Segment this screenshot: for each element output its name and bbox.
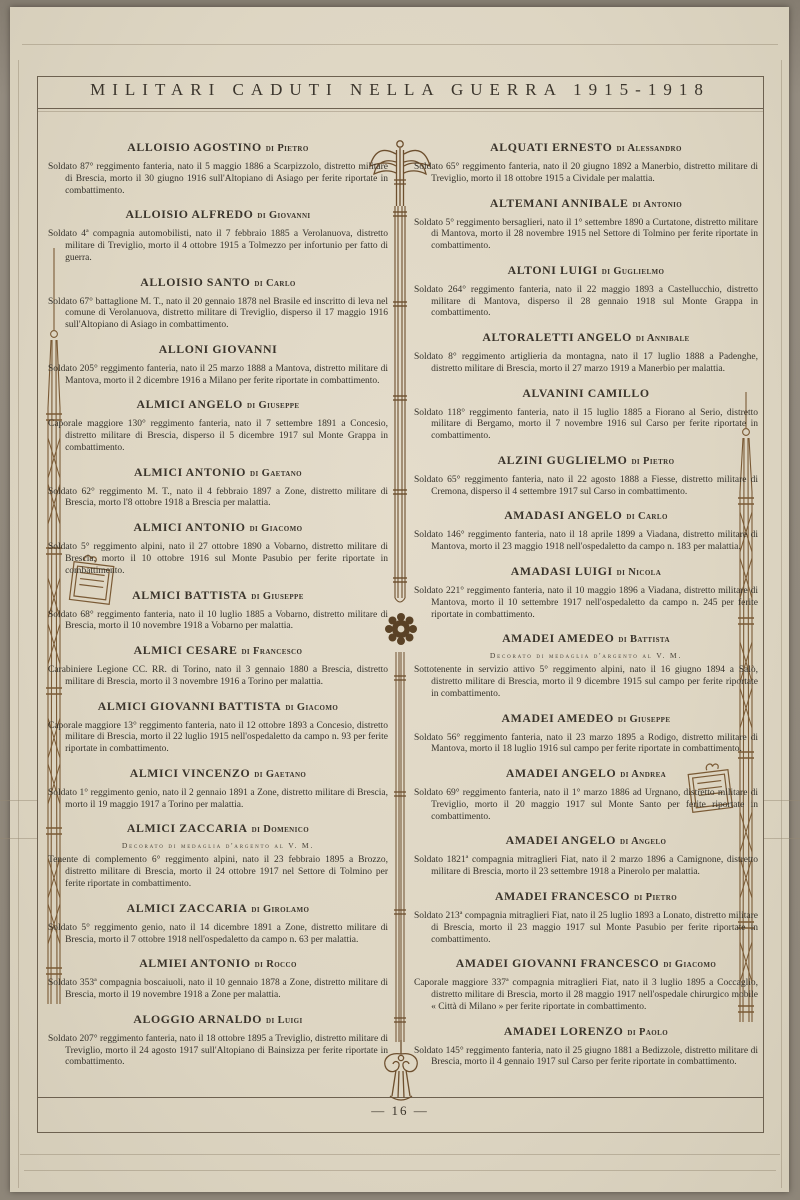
entry-soldier-name: ALMICI ZACCARIA <box>127 821 248 835</box>
entry-heading: AMADEI ANGELO di Angelo <box>414 831 758 849</box>
entry: ALTEMANI ANNIBALE di Antonio Soldato 5° … <box>414 194 758 253</box>
entry: ALLOISIO SANTO di Carlo Soldato 67° batt… <box>48 273 388 332</box>
entry-soldier-name: ALTONI LUIGI <box>508 263 598 277</box>
left-column: ALLOISIO AGOSTINO di Pietro Soldato 87° … <box>48 130 388 1077</box>
entry-body-text: Soldato 146° reggimento fanteria, nato i… <box>414 530 758 554</box>
entry-father-name: di Giovanni <box>257 210 310 221</box>
entry-father-name: di Angelo <box>620 836 666 847</box>
entry: ALVANINI CAMILLO Soldato 118° reggimento… <box>414 384 758 443</box>
entry-body-text: Sottotenente in servizio attivo 5° reggi… <box>414 665 758 700</box>
center-lower-shaft <box>392 652 408 1042</box>
entry-heading: ALZINI GUGLIELMO di Pietro <box>414 451 758 469</box>
entry-body-text: Soldato 353ª compagnia boscaiuoli, nato … <box>48 978 388 1002</box>
entry: ALOGGIO ARNALDO di Luigi Soldato 207° re… <box>48 1010 388 1069</box>
entry-father-name: di Francesco <box>241 646 302 657</box>
entry-soldier-name: ALLOISIO SANTO <box>140 275 250 289</box>
entry-father-name: di Girolamo <box>251 904 309 915</box>
entry-father-name: di Giuseppe <box>618 714 671 725</box>
entry-soldier-name: ALMICI CESARE <box>134 643 238 657</box>
entry-body-text: Soldato 68° reggimento fanteria, nato il… <box>48 610 388 634</box>
entry-father-name: di Pietro <box>634 892 677 903</box>
entry-body-text: Soldato 205° reggimento fanteria, nato i… <box>48 364 388 388</box>
entry-father-name: di Guglielmo <box>602 266 665 277</box>
entry: AMADASI LUIGI di Nicola Soldato 221° reg… <box>414 562 758 621</box>
entry-heading: ALMICI CESARE di Francesco <box>48 641 388 659</box>
paper-right-edge <box>781 60 782 1188</box>
entry-father-name: di Pietro <box>631 456 674 467</box>
entry-heading: AMADEI FRANCESCO di Pietro <box>414 887 758 905</box>
entry-soldier-name: ALVANINI CAMILLO <box>522 386 649 400</box>
entry-soldier-name: ALMICI GIOVANNI BATTISTA <box>98 699 282 713</box>
entry-body-text: Soldato 221° reggimento fanteria, nato i… <box>414 586 758 621</box>
entry-soldier-name: AMADEI AMEDEO <box>502 711 614 725</box>
entry: ALMICI ANTONIO di Giacomo Soldato 5° reg… <box>48 518 388 577</box>
entry-body-text: Soldato 4ª compagnia automobilisti, nato… <box>48 229 388 264</box>
page-number: — 16 — <box>0 1103 800 1119</box>
entry-soldier-name: ALLOISIO ALFREDO <box>125 207 253 221</box>
entry-father-name: di Gaetano <box>254 769 306 780</box>
entry-soldier-name: ALMICI ZACCARIA <box>127 901 248 915</box>
entry-father-name: di Gaetano <box>250 468 302 479</box>
left-ribbon-rule-1 <box>0 800 37 801</box>
entry-soldier-name: ALQUATI ERNESTO <box>490 140 612 154</box>
entry-body-text: Soldato 118° reggimento fanteria, nato i… <box>414 408 758 443</box>
entry-body-text: Soldato 5° reggimento alpini, nato il 27… <box>48 542 388 577</box>
entry-father-name: di Giacomo <box>250 523 303 534</box>
entry-heading: ALMICI ZACCARIA di Domenico <box>48 819 388 837</box>
entry-decoration: Decorato di medaglia d'argento al V. M. <box>414 651 758 660</box>
entry-heading: ALMICI VINCENZO di Gaetano <box>48 764 388 782</box>
title-top-rule <box>37 76 764 77</box>
entry-body-text: Soldato 1821ª compagnia mitraglieri Fiat… <box>414 855 758 879</box>
right-column: ALQUATI ERNESTO di Alessandro Soldato 65… <box>414 130 758 1077</box>
entry: ALMIEI ANTONIO di Rocco Soldato 353ª com… <box>48 954 388 1002</box>
entry-soldier-name: ALMICI ANGELO <box>137 397 243 411</box>
entry-soldier-name: AMADEI ANGELO <box>506 833 616 847</box>
entry: ALTONI LUIGI di Guglielmo Soldato 264° r… <box>414 261 758 320</box>
entry-heading: ALMIEI ANTONIO di Rocco <box>48 954 388 972</box>
entry: AMADEI AMEDEO di Giuseppe Soldato 56° re… <box>414 709 758 757</box>
entry: ALZINI GUGLIELMO di Pietro Soldato 65° r… <box>414 451 758 499</box>
entry-father-name: di Alessandro <box>616 143 681 154</box>
entry: ALMICI VINCENZO di Gaetano Soldato 1° re… <box>48 764 388 812</box>
entry-father-name: di Domenico <box>252 824 309 835</box>
entry-soldier-name: ALMIEI ANTONIO <box>139 956 250 970</box>
entry-body-text: Soldato 1° reggimento genio, nato il 2 g… <box>48 788 388 812</box>
entry: ALMICI GIOVANNI BATTISTA di Giacomo Capo… <box>48 697 388 756</box>
frame-right-rule <box>763 76 764 1133</box>
entry-soldier-name: ALMICI ANTONIO <box>134 465 246 479</box>
entry-heading: ALTEMANI ANNIBALE di Antonio <box>414 194 758 212</box>
entry: ALLOISIO AGOSTINO di Pietro Soldato 87° … <box>48 138 388 197</box>
entry-heading: ALLOISIO ALFREDO di Giovanni <box>48 205 388 223</box>
entry: AMADEI FRANCESCO di Pietro Soldato 213ª … <box>414 887 758 946</box>
entry-father-name: di Nicola <box>617 567 662 578</box>
entry-heading: ALMICI ANTONIO di Gaetano <box>48 463 388 481</box>
entry-father-name: di Giuseppe <box>247 400 300 411</box>
entry-heading: AMADEI LORENZO di Paolo <box>414 1022 758 1040</box>
entry-heading: AMADEI GIOVANNI FRANCESCO di Giacomo <box>414 954 758 972</box>
top-edge-rule <box>22 44 778 45</box>
entry-body-text: Soldato 87° reggimento fanteria, nato il… <box>48 162 388 197</box>
title-bottom-rule-2 <box>37 111 764 112</box>
entry-heading: ALLONI GIOVANNI <box>48 340 388 358</box>
entry-body-text: Carabiniere Legione CC. RR. di Torino, n… <box>48 665 388 689</box>
entry-father-name: di Rocco <box>255 959 297 970</box>
entry-heading: ALMICI GIOVANNI BATTISTA di Giacomo <box>48 697 388 715</box>
entry: ALMICI ZACCARIA di Domenico Decorato di … <box>48 819 388 890</box>
entry: AMADEI ANGELO di Andrea Soldato 69° regg… <box>414 764 758 823</box>
page-title: MILITARI CADUTI NELLA GUERRA 1915-1918 <box>0 80 800 100</box>
title-bottom-rule <box>37 108 764 109</box>
entry-soldier-name: AMADASI LUIGI <box>511 564 613 578</box>
entry-father-name: di Carlo <box>254 278 295 289</box>
entry-father-name: di Paolo <box>627 1027 668 1038</box>
entry-father-name: di Andrea <box>620 769 666 780</box>
entry: ALTORALETTI ANGELO di Annibale Soldato 8… <box>414 328 758 376</box>
entry-soldier-name: AMADEI AMEDEO <box>502 631 614 645</box>
entry-heading: AMADASI ANGELO di Carlo <box>414 506 758 524</box>
entry-heading: ALVANINI CAMILLO <box>414 384 758 402</box>
entry-heading: ALOGGIO ARNALDO di Luigi <box>48 1010 388 1028</box>
entry-heading: ALTORALETTI ANGELO di Annibale <box>414 328 758 346</box>
entry: ALQUATI ERNESTO di Alessandro Soldato 65… <box>414 138 758 186</box>
scanned-book-page: MILITARI CADUTI NELLA GUERRA 1915-1918 <box>0 0 800 1200</box>
entry-father-name: di Battista <box>618 634 670 645</box>
entry-body-text: Soldato 8° reggimento artiglieria da mon… <box>414 352 758 376</box>
entry-body-text: Soldato 145° reggimento fanteria, nato i… <box>414 1046 758 1070</box>
entry-heading: ALMICI ANTONIO di Giacomo <box>48 518 388 536</box>
entry-father-name: di Annibale <box>636 333 690 344</box>
entry: ALMICI ANTONIO di Gaetano Soldato 62° re… <box>48 463 388 511</box>
entry-soldier-name: ALLOISIO AGOSTINO <box>127 140 261 154</box>
entry-father-name: di Giacomo <box>663 959 716 970</box>
book-edge-line-1 <box>20 1154 780 1155</box>
entry-soldier-name: ALTORALETTI ANGELO <box>482 330 631 344</box>
center-column-shaft <box>390 206 410 606</box>
entry-body-text: Soldato 67° battaglione M. T., nato il 2… <box>48 297 388 332</box>
entry-body-text: Soldato 65° reggimento fanteria, nato il… <box>414 475 758 499</box>
entry-father-name: di Carlo <box>626 511 667 522</box>
center-rosette-icon <box>384 612 418 646</box>
entry-body-text: Caporale maggiore 13° reggimento fanteri… <box>48 721 388 756</box>
frame-left-rule <box>37 76 38 1133</box>
entry-father-name: di Pietro <box>266 143 309 154</box>
entry: ALMICI CESARE di Francesco Carabiniere L… <box>48 641 388 689</box>
entry: ALMICI ZACCARIA di Girolamo Soldato 5° r… <box>48 899 388 947</box>
entry-soldier-name: ALLONI GIOVANNI <box>159 342 278 356</box>
entry-soldier-name: ALMICI ANTONIO <box>134 520 246 534</box>
entry-father-name: di Antonio <box>632 199 682 210</box>
entry-soldier-name: ALTEMANI ANNIBALE <box>490 196 629 210</box>
entry-soldier-name: ALOGGIO ARNALDO <box>133 1012 262 1026</box>
entry: ALMICI ANGELO di Giuseppe Caporale maggi… <box>48 395 388 454</box>
entry-soldier-name: AMADASI ANGELO <box>504 508 622 522</box>
entry: AMADASI ANGELO di Carlo Soldato 146° reg… <box>414 506 758 554</box>
entry-body-text: Soldato 213ª compagnia mitraglieri Fiat,… <box>414 911 758 946</box>
entry-soldier-name: AMADEI LORENZO <box>504 1024 624 1038</box>
entry: ALLONI GIOVANNI Soldato 205° reggimento … <box>48 340 388 388</box>
entry-father-name: di Giuseppe <box>251 591 304 602</box>
entry-body-text: Caporale maggiore 337ª compagnia mitragl… <box>414 978 758 1013</box>
right-ribbon-rule-1 <box>764 800 800 801</box>
left-ribbon-rule-2 <box>0 838 37 839</box>
entry-heading: ALTONI LUIGI di Guglielmo <box>414 261 758 279</box>
entry-heading: ALLOISIO SANTO di Carlo <box>48 273 388 291</box>
entry-body-text: Caporale maggiore 130° reggimento fanter… <box>48 419 388 454</box>
paper-left-edge <box>18 60 19 1188</box>
entry: ALMICI BATTISTA di Giuseppe Soldato 68° … <box>48 586 388 634</box>
entry: ALLOISIO ALFREDO di Giovanni Soldato 4ª … <box>48 205 388 264</box>
entry-father-name: di Giacomo <box>285 702 338 713</box>
entry-father-name: di Luigi <box>266 1015 303 1026</box>
entry-soldier-name: AMADEI GIOVANNI FRANCESCO <box>456 956 660 970</box>
entry-heading: ALMICI ANGELO di Giuseppe <box>48 395 388 413</box>
entry-soldier-name: AMADEI ANGELO <box>506 766 616 780</box>
entry-body-text: Soldato 69° reggimento fanteria, nato il… <box>414 788 758 823</box>
entry: AMADEI GIOVANNI FRANCESCO di Giacomo Cap… <box>414 954 758 1013</box>
entry-heading: AMADEI AMEDEO di Giuseppe <box>414 709 758 727</box>
entry-heading: AMADEI ANGELO di Andrea <box>414 764 758 782</box>
entry: AMADEI ANGELO di Angelo Soldato 1821ª co… <box>414 831 758 879</box>
entry-heading: ALLOISIO AGOSTINO di Pietro <box>48 138 388 156</box>
entry-body-text: Soldato 65° reggimento fanteria, nato il… <box>414 162 758 186</box>
footer-bottom-rule <box>37 1132 764 1133</box>
entry-heading: ALMICI ZACCARIA di Girolamo <box>48 899 388 917</box>
entry-heading: AMADASI LUIGI di Nicola <box>414 562 758 580</box>
entry-body-text: Soldato 62° reggimento M. T., nato il 4 … <box>48 487 388 511</box>
entry-soldier-name: ALMICI VINCENZO <box>130 766 251 780</box>
entry-heading: AMADEI AMEDEO di Battista <box>414 629 758 647</box>
entry: AMADEI LORENZO di Paolo Soldato 145° reg… <box>414 1022 758 1070</box>
entry-soldier-name: AMADEI FRANCESCO <box>495 889 630 903</box>
entry-decoration: Decorato di medaglia d'argento al V. M. <box>48 841 388 850</box>
right-ribbon-rule-2 <box>764 838 800 839</box>
entry-heading: ALQUATI ERNESTO di Alessandro <box>414 138 758 156</box>
entry-body-text: Soldato 5° reggimento genio, nato il 14 … <box>48 923 388 947</box>
entry-body-text: Soldato 5° reggimento bersaglieri, nato … <box>414 218 758 253</box>
entry-soldier-name: ALMICI BATTISTA <box>132 588 247 602</box>
entry-body-text: Soldato 264° reggimento fanteria, nato i… <box>414 285 758 320</box>
book-edge-line-2 <box>24 1170 776 1171</box>
entry: AMADEI AMEDEO di Battista Decorato di me… <box>414 629 758 700</box>
entry-soldier-name: ALZINI GUGLIELMO <box>498 453 628 467</box>
entry-body-text: Soldato 207° reggimento fanteria, nato i… <box>48 1034 388 1069</box>
entry-body-text: Soldato 56° reggimento fanteria, nato il… <box>414 733 758 757</box>
entry-heading: ALMICI BATTISTA di Giuseppe <box>48 586 388 604</box>
entry-body-text: Tenente di complemento 6° reggimento alp… <box>48 855 388 890</box>
